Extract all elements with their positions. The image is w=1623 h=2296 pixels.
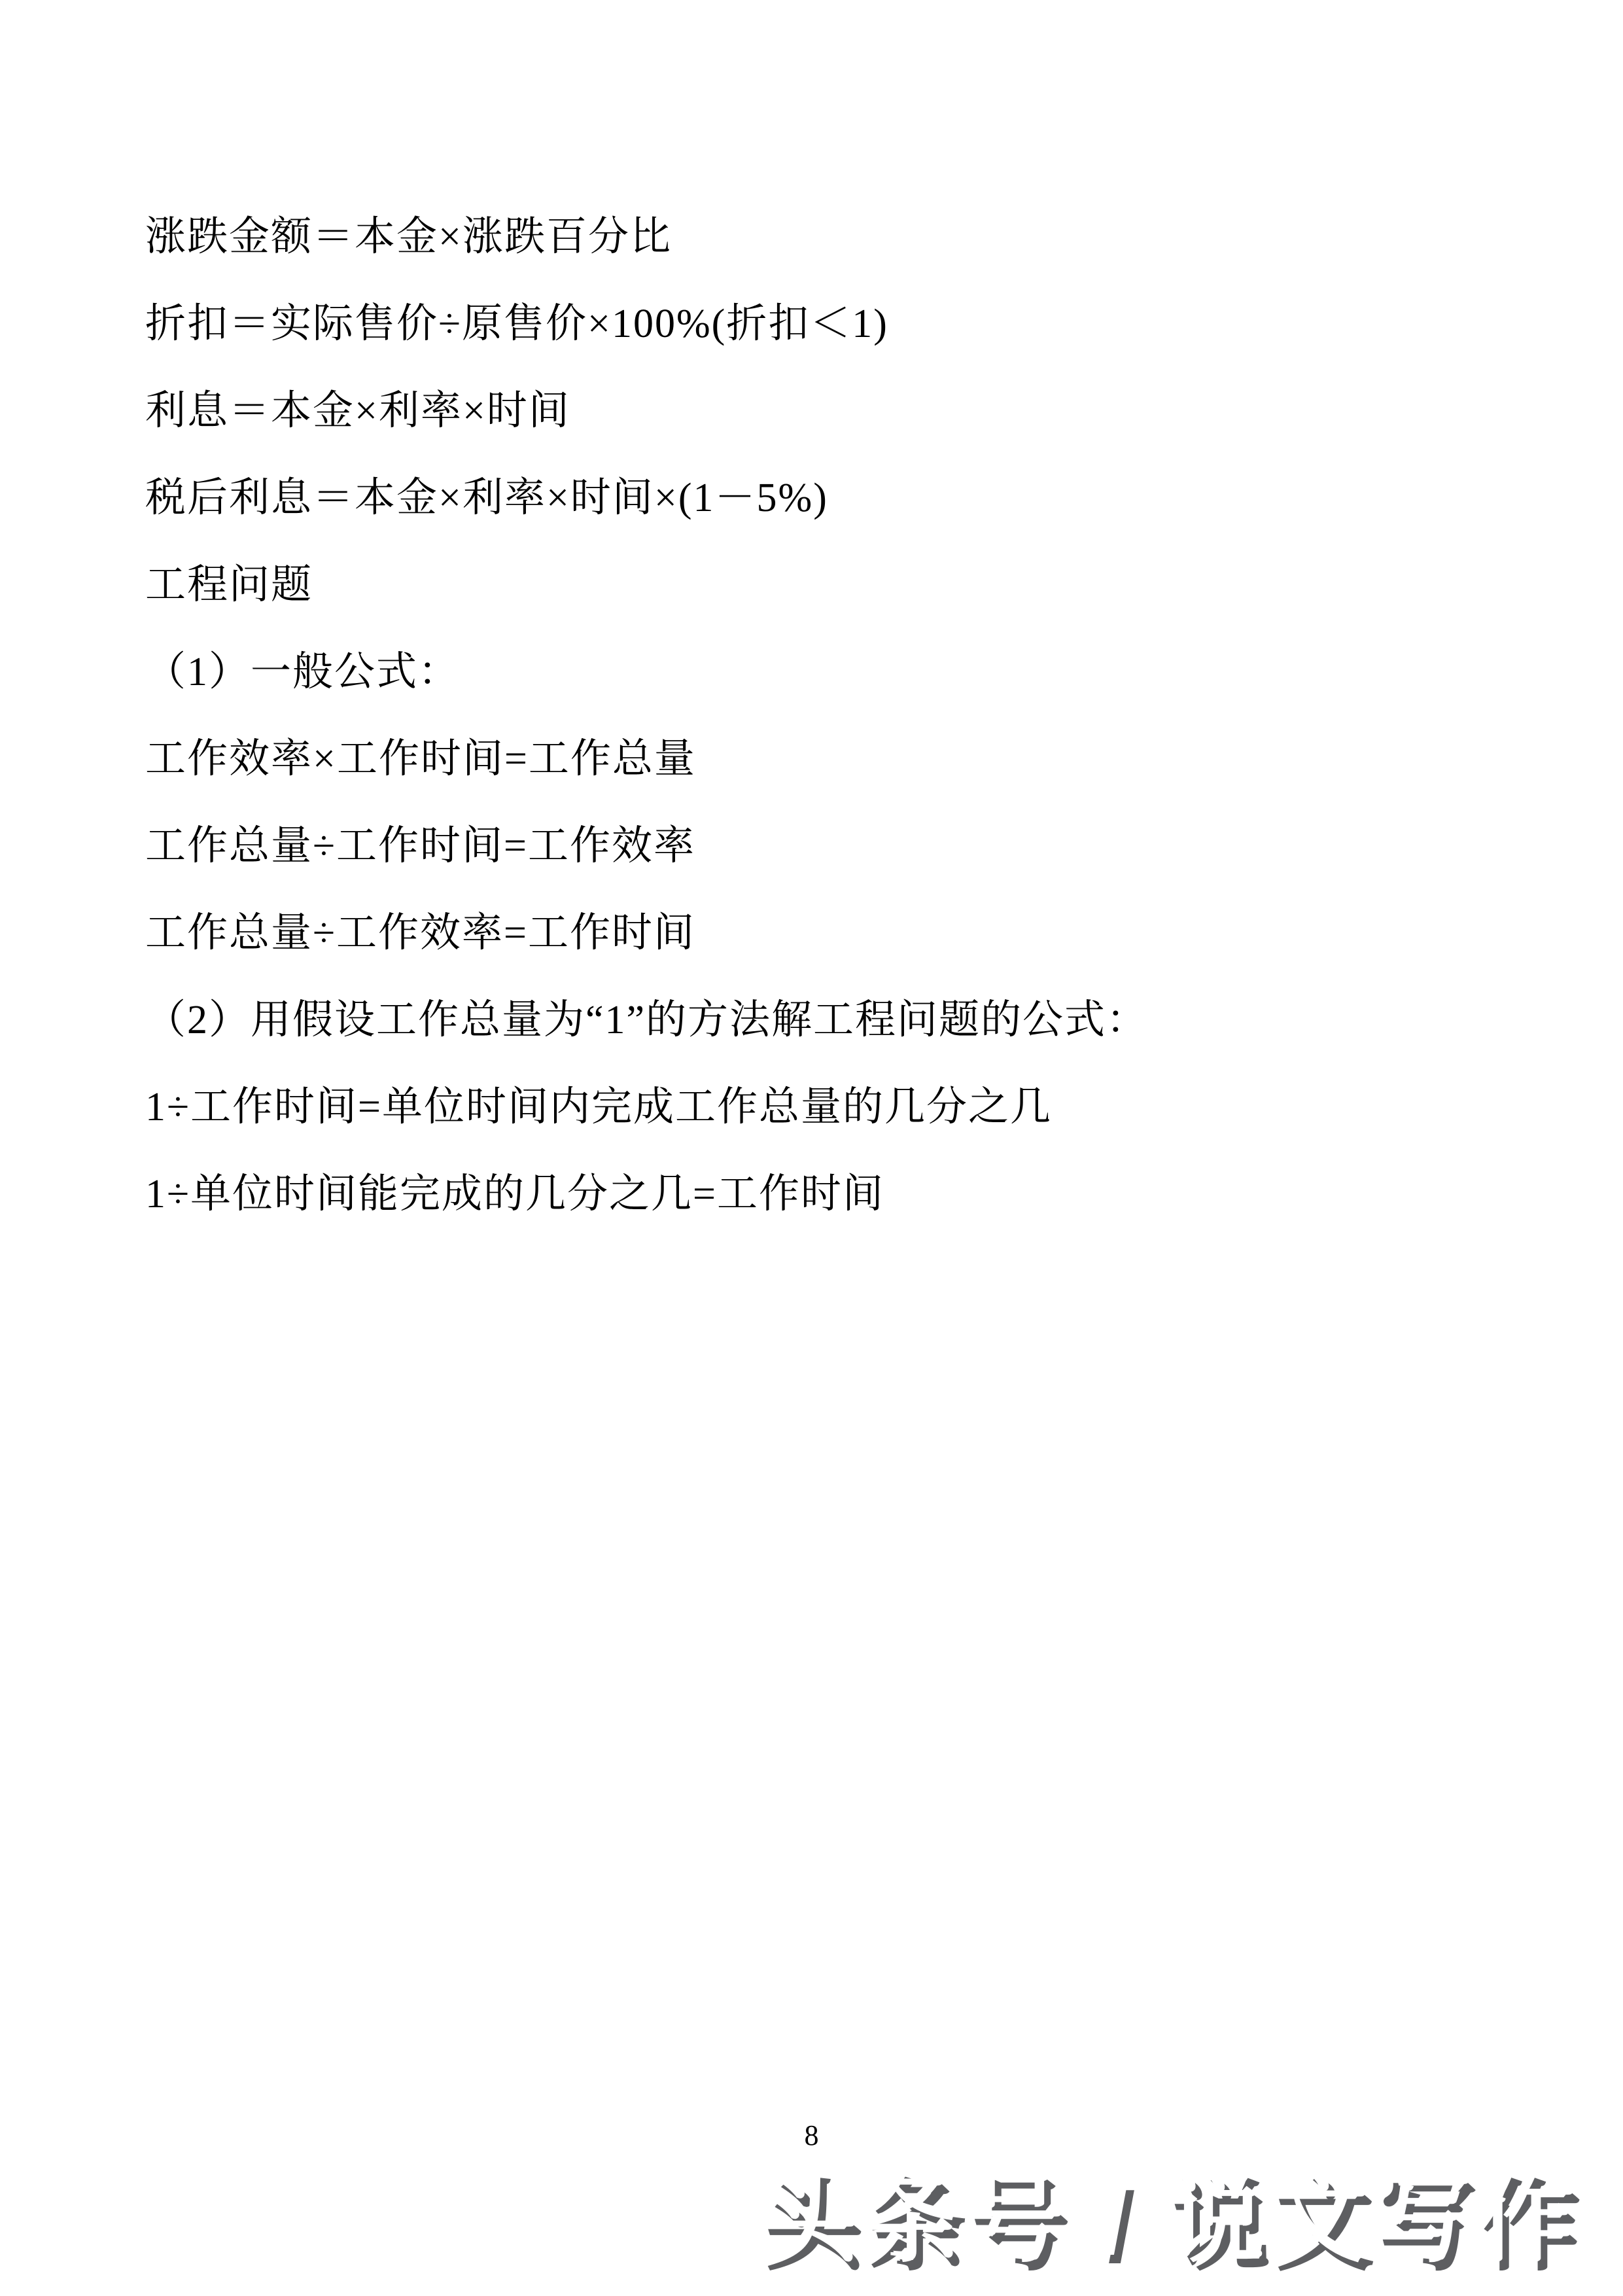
item-1-general-formula: （1）一般公式： [145, 629, 1506, 716]
item-2-assume-total-as-one: （2）用假设工作总量为“1”的方法解工程问题的公式： [145, 977, 1506, 1064]
formula-discount: 折扣＝实际售价÷原售价×100%(折扣＜1) [145, 281, 1506, 368]
watermark-toutiao: 头条号 / 说文写作 [759, 2166, 1580, 2271]
heading-engineering-problem: 工程问题 [145, 542, 1506, 629]
formula-one-div-work-time: 1÷工作时间=单位时间内完成工作总量的几分之几 [145, 1064, 1506, 1151]
document-body: 涨跌金额＝本金×涨跌百分比 折扣＝实际售价÷原售价×100%(折扣＜1) 利息＝… [145, 194, 1506, 1238]
document-page: 涨跌金额＝本金×涨跌百分比 折扣＝实际售价÷原售价×100%(折扣＜1) 利息＝… [0, 0, 1623, 2296]
formula-one-div-fraction: 1÷单位时间能完成的几分之几=工作时间 [145, 1151, 1506, 1238]
formula-after-tax-interest: 税后利息＝本金×利率×时间×(1－5%) [145, 455, 1506, 542]
formula-total-div-efficiency: 工作总量÷工作效率=工作时间 [145, 890, 1506, 977]
formula-interest: 利息＝本金×利率×时间 [145, 368, 1506, 455]
formula-total-div-time: 工作总量÷工作时间=工作效率 [145, 803, 1506, 890]
formula-change-amount: 涨跌金额＝本金×涨跌百分比 [145, 194, 1506, 281]
page-number: 8 [0, 2119, 1623, 2153]
formula-efficiency-times-time: 工作效率×工作时间=工作总量 [145, 716, 1506, 803]
